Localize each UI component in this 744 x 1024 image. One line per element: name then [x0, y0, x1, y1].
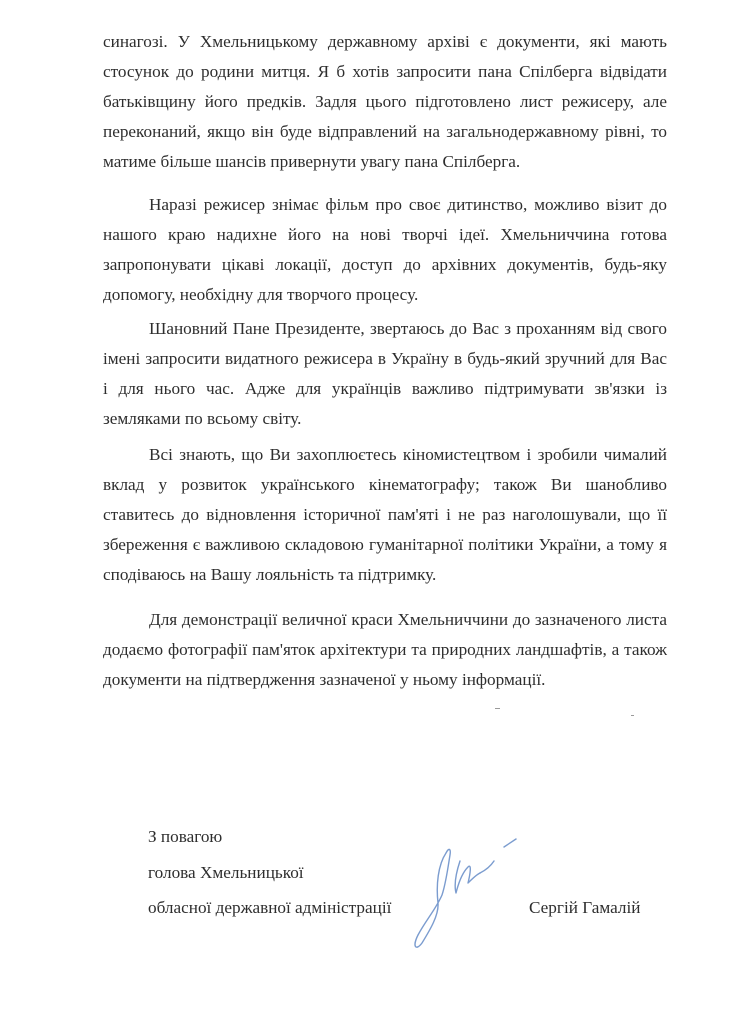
text-line: Наразі режисер знімає фільм про своє дит… [103, 190, 667, 220]
text-line: збереження є важливою складовою гуманіта… [103, 530, 667, 560]
signer-title-line-2: обласної державної адміністрації [148, 893, 391, 923]
text-line: ставитесь до відновлення історичної пам'… [103, 500, 667, 530]
paragraph-1: синагозі. У Хмельницькому державному арх… [103, 27, 667, 177]
text-line: сподіваюсь на Вашу лояльність та підтрим… [103, 560, 667, 590]
scan-speck [631, 715, 634, 716]
text-line: запропонувати цікаві локації, доступ до … [103, 250, 667, 280]
text-line: документи на підтвердження зазначеної у … [103, 665, 667, 695]
letter-page: синагозі. У Хмельницькому державному арх… [0, 0, 744, 1024]
text-line: стосунок до родини митця. Я б хотів запр… [103, 57, 667, 87]
text-line: додаємо фотографії пам'яток архітектури … [103, 635, 667, 665]
text-line: допомогу, необхідну для творчого процесу… [103, 280, 667, 310]
text-line: вклад у розвиток українського кінематогр… [103, 470, 667, 500]
text-line: матиме більше шансів привернути увагу па… [103, 147, 667, 177]
signer-name: Сергій Гамалій [529, 893, 640, 923]
text-line: земляками по всьому світу. [103, 404, 667, 434]
scan-speck [495, 708, 500, 709]
text-line: Всі знають, що Ви захоплюєтесь кіномисте… [103, 440, 667, 470]
text-line: Шановний Пане Президенте, звертаюсь до В… [103, 314, 667, 344]
text-line: переконаний, якщо він буде відправлений … [103, 117, 667, 147]
text-line: синагозі. У Хмельницькому державному арх… [103, 27, 667, 57]
paragraph-2: Наразі режисер знімає фільм про своє дит… [103, 190, 667, 310]
text-line: імені запросити видатного режисера в Укр… [103, 344, 667, 374]
handwritten-signature-icon [408, 825, 528, 955]
text-line: Для демонстрації величної краси Хмельнич… [103, 605, 667, 635]
signer-title-line-1: голова Хмельницької [148, 858, 304, 888]
text-line: батьківщину його предків. Задля цього пі… [103, 87, 667, 117]
paragraph-4: Всі знають, що Ви захоплюєтесь кіномисте… [103, 440, 667, 590]
paragraph-3: Шановний Пане Президенте, звертаюсь до В… [103, 314, 667, 434]
text-line: і для нього час. Адже для українців важл… [103, 374, 667, 404]
closing-salutation: З повагою [148, 822, 222, 852]
paragraph-5: Для демонстрації величної краси Хмельнич… [103, 605, 667, 695]
text-line: нашого краю надихне його на нові творчі … [103, 220, 667, 250]
